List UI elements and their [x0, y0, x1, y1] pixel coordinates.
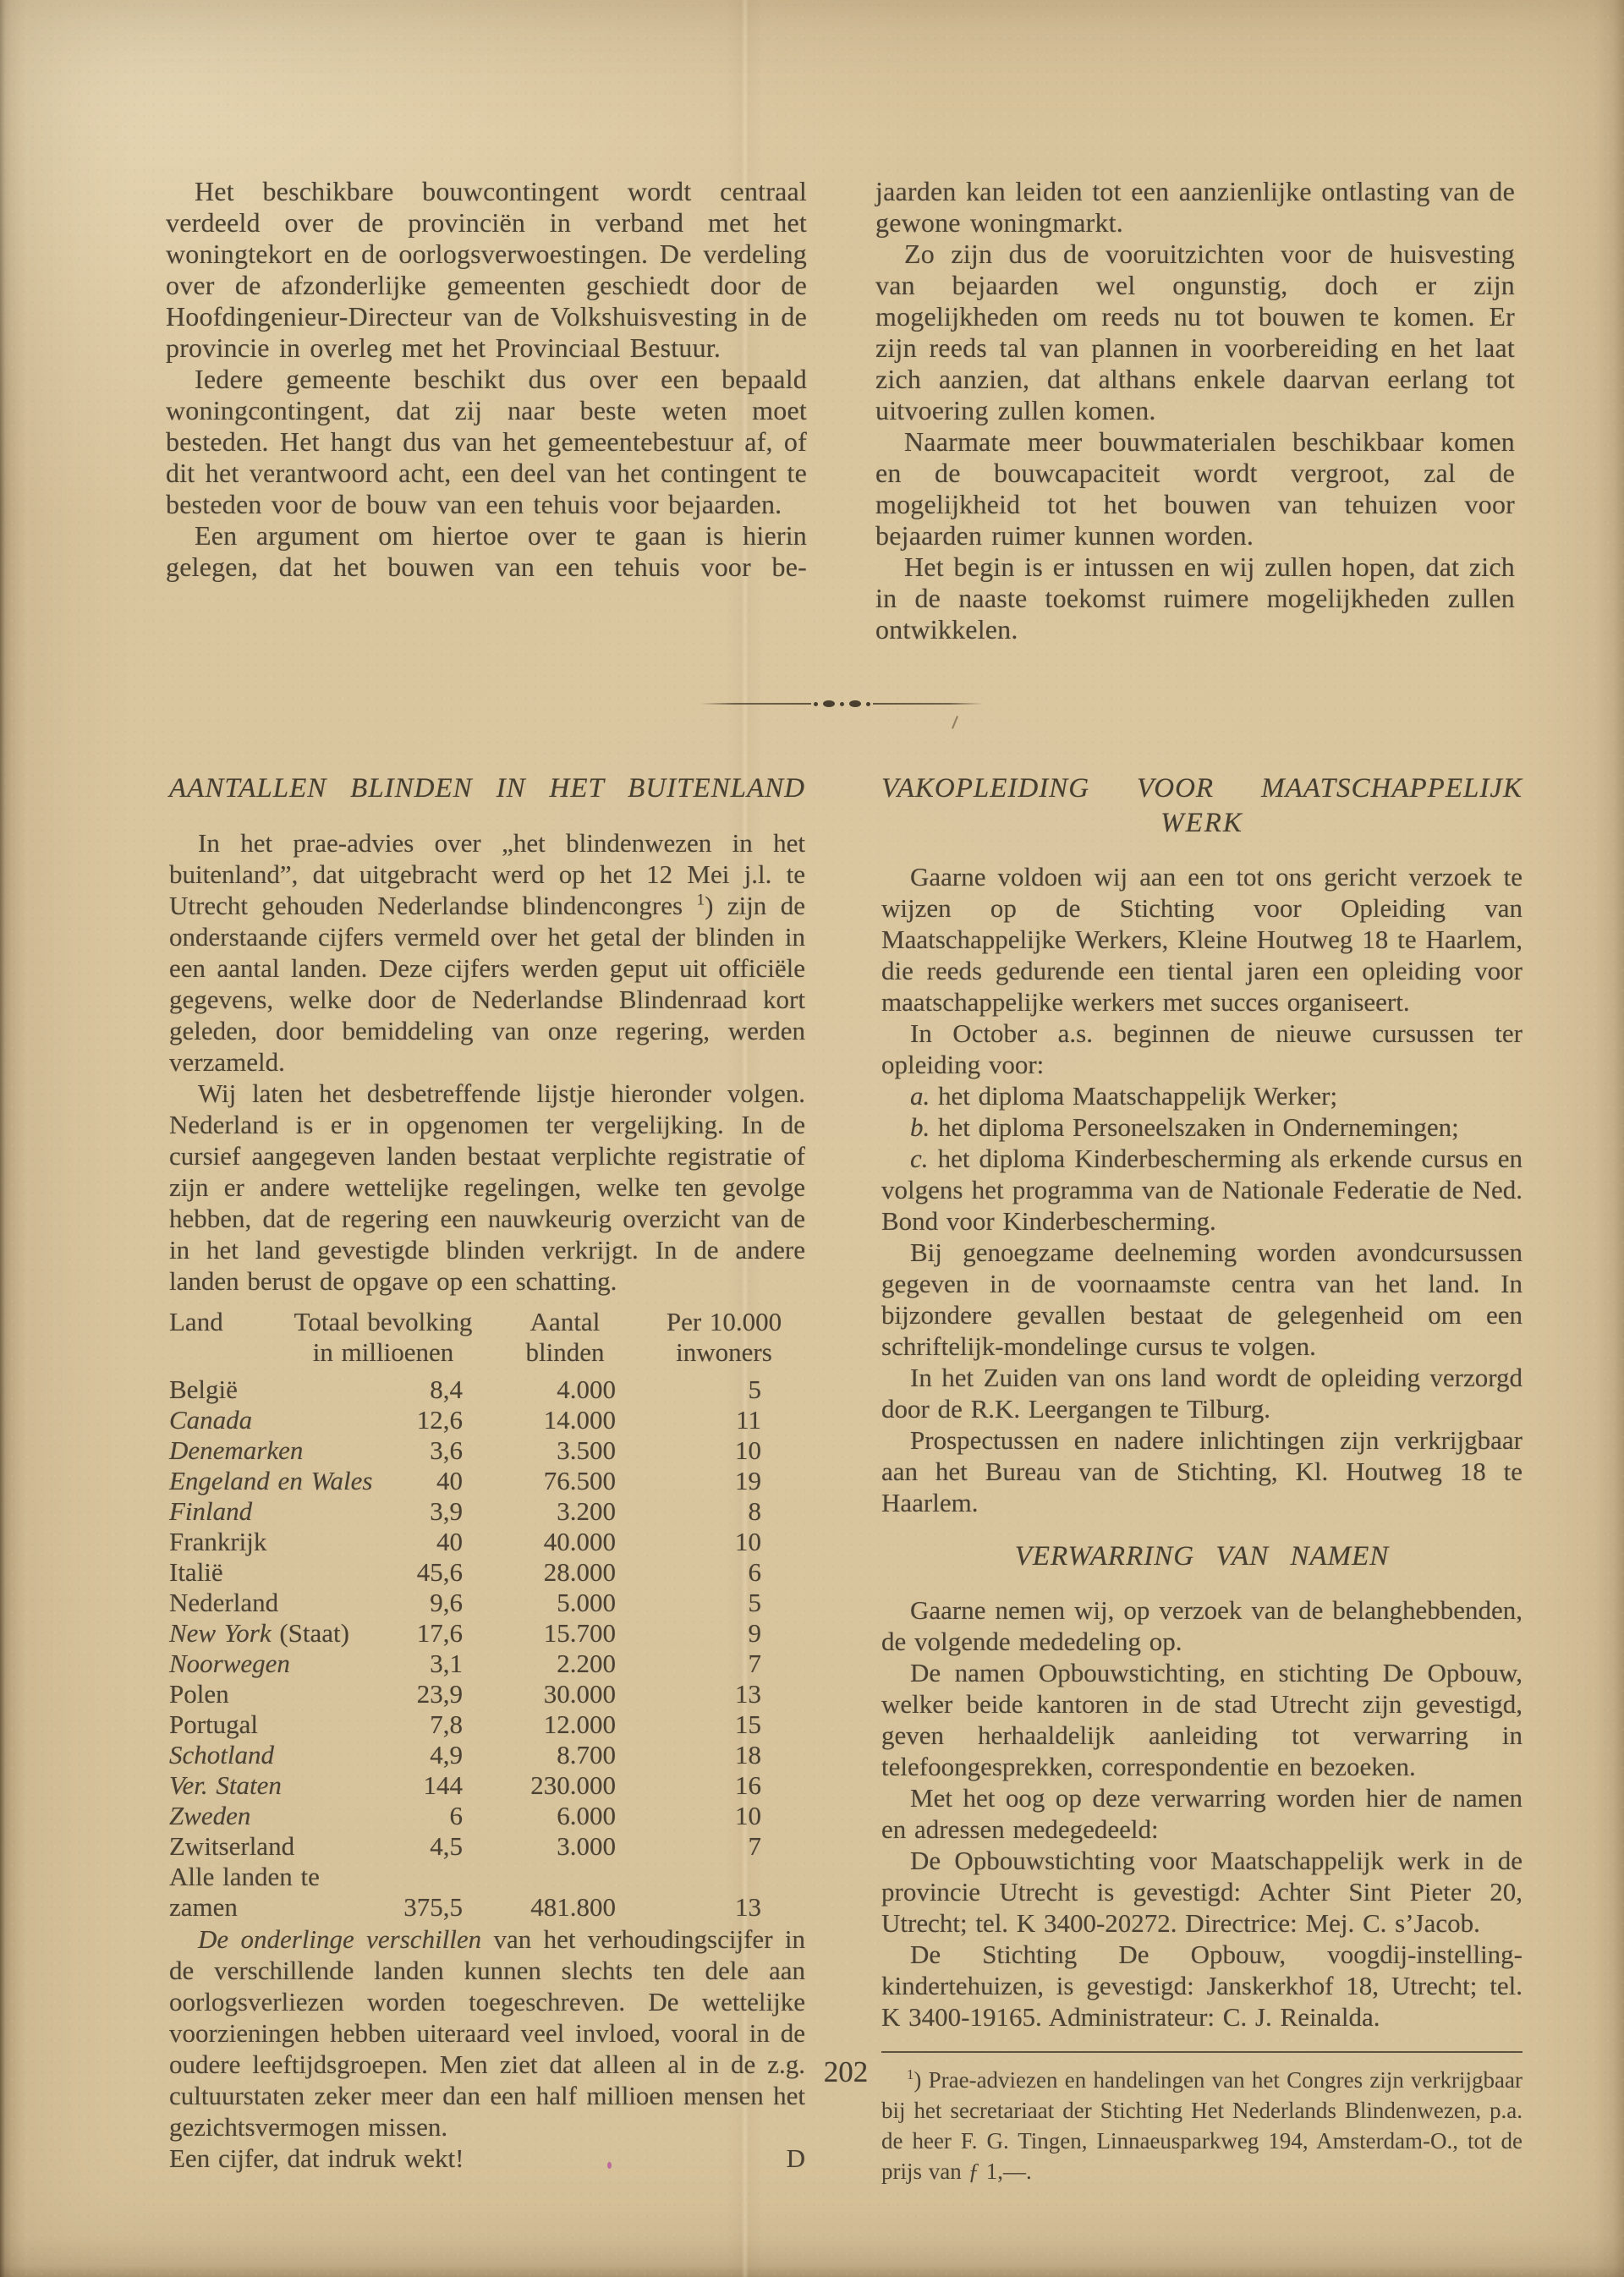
cell-aantal-blinden: 481.800: [463, 1892, 616, 1923]
section-divider-ornament: [700, 697, 983, 711]
header-per: Per 10.000: [643, 1307, 805, 1337]
table-row: Schotland4,98.70018: [169, 1740, 805, 1770]
cell-bevolking-millioenen: 17,6: [398, 1618, 463, 1649]
table-row: Noorwegen3,12.2007: [169, 1649, 805, 1679]
cell-per-10000: 10: [616, 1435, 761, 1466]
cell-land: Ver. Staten: [169, 1770, 398, 1801]
table-row: Engeland en Wales4076.50019: [169, 1466, 805, 1496]
cell-bevolking-millioenen: 6: [398, 1801, 463, 1831]
cell-per-10000: 7: [616, 1831, 761, 1862]
cell-bevolking-millioenen: 8,4: [398, 1374, 463, 1405]
header-spacer: [169, 1337, 279, 1368]
divider-dot: [849, 700, 861, 707]
divider-line-left: [700, 703, 811, 705]
paragraph-prae-advies: In het prae-advies over „het blindenweze…: [169, 827, 805, 1078]
cell-per-10000: 16: [616, 1770, 761, 1801]
header-inwoners: inwoners: [643, 1337, 805, 1368]
cell-bevolking-millioenen: 4,9: [398, 1740, 463, 1770]
cell-land: Schotland: [169, 1740, 398, 1770]
cell-land: België: [169, 1374, 398, 1405]
cell-bevolking-millioenen: 3,9: [398, 1496, 463, 1527]
cell-aantal-blinden: 40.000: [463, 1527, 616, 1557]
cell-per-10000: 13: [616, 1892, 761, 1923]
table-row: Polen23,930.00013: [169, 1679, 805, 1709]
paragraph-avondcursussen: Bij genoegzame deelneming worden avondcu…: [881, 1237, 1522, 1362]
cell-aantal-blinden: [463, 1862, 616, 1892]
table-row: Italië45,628.0006: [169, 1557, 805, 1588]
cell-land: Zwitserland: [169, 1831, 398, 1862]
table-row: Frankrijk4040.00010: [169, 1527, 805, 1557]
list-item-diploma-a: a. het diploma Maatschappelijk Werker;: [881, 1080, 1522, 1111]
cell-land: Polen: [169, 1679, 398, 1709]
table-row: Zwitserland4,53.0007: [169, 1831, 805, 1862]
divider-dot: [823, 700, 835, 707]
cell-bevolking-millioenen: 7,8: [398, 1709, 463, 1740]
paragraph-oog-op-verwarring: Met het oog op deze verwarring worden hi…: [881, 1782, 1522, 1845]
paragraph-stichting-de-opbouw-adres: De Stichting De Opbouw, voogdij-instelli…: [881, 1939, 1522, 2033]
cell-bevolking-millioenen: 9,6: [398, 1588, 463, 1618]
cell-aantal-blinden: 5.000: [463, 1588, 616, 1618]
cell-aantal-blinden: 76.500: [463, 1466, 616, 1496]
paragraph-zuiden-tilburg: In het Zuiden van ons land wordt de ople…: [881, 1362, 1522, 1424]
cell-per-10000: 15: [616, 1709, 761, 1740]
cell-aantal-blinden: 15.700: [463, 1618, 616, 1649]
cell-bevolking-millioenen: 12,6: [398, 1405, 463, 1435]
paragraph-october-cursussen: In October a.s. beginnen de nieuwe cursu…: [881, 1018, 1522, 1080]
header-bevolking: Totaal bevolking: [279, 1307, 487, 1337]
paragraph-bouwcontingent: Het beschikbare bouwcontingent wordt cen…: [166, 176, 807, 364]
table-header-row: in millioenen blinden inwoners: [169, 1337, 805, 1368]
footnote-rule: [881, 2051, 1522, 2053]
cell-aantal-blinden: 6.000: [463, 1801, 616, 1831]
scanned-magazine-page: Het beschikbare bouwcontingent wordt cen…: [0, 0, 1624, 2277]
cell-per-10000: 5: [616, 1588, 761, 1618]
cell-bevolking-millioenen: 3,6: [398, 1435, 463, 1466]
ink-speck: [607, 2162, 612, 2169]
cell-per-10000: 7: [616, 1649, 761, 1679]
stray-ink-mark: [952, 716, 958, 729]
header-blinden: blinden: [487, 1337, 643, 1368]
cell-per-10000: 10: [616, 1801, 761, 1831]
cell-per-10000: 11: [616, 1405, 761, 1435]
cell-land: Frankrijk: [169, 1527, 398, 1557]
author-initial: D: [787, 2143, 805, 2174]
divider-dot: [814, 702, 818, 706]
paragraph-lijstje: Wij laten het desbetreffende lijstje hie…: [169, 1078, 805, 1297]
divider-dot: [866, 702, 870, 706]
paragraph-bouwmaterialen: Naarmate meer bouwmaterialen beschikbaar…: [875, 426, 1515, 551]
cell-per-10000: 13: [616, 1679, 761, 1709]
paragraph-namen-opbouw: De namen Opbouwstichting, en stichting D…: [881, 1657, 1522, 1782]
cell-land: Finland: [169, 1496, 398, 1527]
divider-dot: [840, 702, 844, 706]
table-body: België8,44.0005Canada12,614.00011Denemar…: [169, 1374, 805, 1923]
table-row: Finland3,93.2008: [169, 1496, 805, 1527]
cell-aantal-blinden: 14.000: [463, 1405, 616, 1435]
cell-land: Italië: [169, 1557, 398, 1588]
cell-per-10000: 10: [616, 1527, 761, 1557]
inline-italic-text: a.: [910, 1081, 930, 1111]
cell-bevolking-millioenen: 45,6: [398, 1557, 463, 1588]
inline-italic-text: c.: [910, 1144, 929, 1173]
cell-aantal-blinden: 230.000: [463, 1770, 616, 1801]
paragraph-vooruitzichten: Zo zijn dus de vooruitzichten voor de hu…: [875, 239, 1515, 426]
cell-aantal-blinden: 3.500: [463, 1435, 616, 1466]
paragraph-mededeling: Gaarne nemen wij, op verzoek van de bela…: [881, 1594, 1522, 1657]
table-row: Alle landen te: [169, 1862, 805, 1892]
article-left-column-top: Het beschikbare bouwcontingent wordt cen…: [166, 176, 807, 583]
cell-per-10000: [616, 1862, 761, 1892]
table-header: Land Totaal bevolking Aantal Per 10.000 …: [169, 1307, 805, 1368]
inline-italic-text: De onderlinge verschillen: [198, 1924, 481, 1954]
cell-land: New York (Staat): [169, 1618, 398, 1649]
divider-line-right: [873, 703, 984, 705]
cell-aantal-blinden: 4.000: [463, 1374, 616, 1405]
section-heading-aantallen-blinden: AANTALLEN BLINDEN IN HET BUITENLAND: [169, 771, 805, 805]
header-land: Land: [169, 1307, 279, 1337]
superscript-footnote-marker: 1: [696, 892, 705, 909]
list-item-diploma-c: c. het diploma Kinderbescherming als erk…: [881, 1143, 1522, 1237]
inline-italic-text: ƒ: [968, 2159, 980, 2184]
paragraph-het-begin: Het begin is er intussen en wij zullen h…: [875, 551, 1515, 645]
blinden-statistics-table: Land Totaal bevolking Aantal Per 10.000 …: [169, 1307, 805, 1923]
page-number: 202: [169, 2055, 1522, 2089]
cell-per-10000: 9: [616, 1618, 761, 1649]
list-item-diploma-b: b. het diploma Personeelszaken in Ondern…: [881, 1111, 1522, 1143]
cell-aantal-blinden: 8.700: [463, 1740, 616, 1770]
cell-land: Canada: [169, 1405, 398, 1435]
cell-bevolking-millioenen: [398, 1862, 463, 1892]
paragraph-continuation: jaarden kan leiden tot een aanzienlijke …: [875, 176, 1515, 239]
paragraph-onderlinge-verschillen: De onderlinge verschillen van het verhou…: [169, 1923, 805, 2143]
header-aantal: Aantal: [487, 1307, 643, 1337]
cell-aantal-blinden: 3.200: [463, 1496, 616, 1527]
table-row: Canada12,614.00011: [169, 1405, 805, 1435]
section-heading-vakopleiding-line2: WERK: [881, 805, 1522, 841]
closing-line: Een cijfer, dat indruk wekt! D: [169, 2143, 805, 2174]
closing-sentence: Een cijfer, dat indruk wekt!: [169, 2143, 464, 2174]
table-row: Denemarken3,63.50010: [169, 1435, 805, 1466]
article-right-column-top: jaarden kan leiden tot een aanzienlijke …: [875, 176, 1515, 645]
table-row: België8,44.0005: [169, 1374, 805, 1405]
table-row: Zweden66.00010: [169, 1801, 805, 1831]
table-row: Nederland9,65.0005: [169, 1588, 805, 1618]
cell-land: Noorwegen: [169, 1649, 398, 1679]
cell-bevolking-millioenen: 40: [398, 1527, 463, 1557]
cell-bevolking-millioenen: 3,1: [398, 1649, 463, 1679]
cell-land: Denemarken: [169, 1435, 398, 1466]
table-header-row: Land Totaal bevolking Aantal Per 10.000: [169, 1307, 805, 1337]
table-row: New York (Staat)17,615.7009: [169, 1618, 805, 1649]
cell-bevolking-millioenen: 23,9: [398, 1679, 463, 1709]
table-row: zamen375,5481.80013: [169, 1892, 805, 1923]
cell-per-10000: 19: [616, 1466, 761, 1496]
cell-per-10000: 6: [616, 1557, 761, 1588]
table-row: Ver. Staten144230.00016: [169, 1770, 805, 1801]
table-row: Portugal7,812.00015: [169, 1709, 805, 1740]
section-aantallen-blinden: AANTALLEN BLINDEN IN HET BUITENLAND In h…: [169, 771, 805, 2174]
cell-land: Portugal: [169, 1709, 398, 1740]
cell-bevolking-millioenen: 144: [398, 1770, 463, 1801]
cell-per-10000: 8: [616, 1496, 761, 1527]
cell-land: Nederland: [169, 1588, 398, 1618]
header-millioenen: in millioenen: [279, 1337, 487, 1368]
cell-aantal-blinden: 2.200: [463, 1649, 616, 1679]
cell-land: Alle landen te: [169, 1862, 398, 1892]
paragraph-opbouwstichting-adres: De Opbouwstichting voor Maatschappelijk …: [881, 1845, 1522, 1939]
inline-italic-text: b.: [910, 1112, 930, 1142]
cell-per-10000: 5: [616, 1374, 761, 1405]
cell-land: zamen: [169, 1892, 398, 1923]
section-vakopleiding: VAKOPLEIDING VOOR MAATSCHAPPELIJK WERK G…: [881, 771, 1522, 2186]
paragraph-stichting-opleiding: Gaarne voldoen wij aan een tot ons geric…: [881, 861, 1522, 1018]
cell-aantal-blinden: 28.000: [463, 1557, 616, 1588]
cell-land: Engeland en Wales: [169, 1466, 398, 1496]
paragraph-prospectussen: Prospectussen en nadere inlichtingen zij…: [881, 1424, 1522, 1518]
cell-per-10000: 18: [616, 1740, 761, 1770]
cell-bevolking-millioenen: 4,5: [398, 1831, 463, 1862]
cell-land: Zweden: [169, 1801, 398, 1831]
cell-aantal-blinden: 30.000: [463, 1679, 616, 1709]
cell-aantal-blinden: 12.000: [463, 1709, 616, 1740]
cell-bevolking-millioenen: 40: [398, 1466, 463, 1496]
paragraph-woningcontingent: Iedere gemeente beschikt dus over een be…: [166, 364, 807, 520]
cell-bevolking-millioenen: 375,5: [398, 1892, 463, 1923]
cell-land-suffix: (Staat): [272, 1618, 349, 1648]
paragraph-argument: Een argument om hiertoe over te gaan is …: [166, 520, 807, 583]
cell-aantal-blinden: 3.000: [463, 1831, 616, 1862]
section-heading-verwarring: VERWARRING VAN NAMEN: [881, 1539, 1522, 1574]
section-heading-vakopleiding-line1: VAKOPLEIDING VOOR MAATSCHAPPELIJK: [881, 771, 1522, 805]
